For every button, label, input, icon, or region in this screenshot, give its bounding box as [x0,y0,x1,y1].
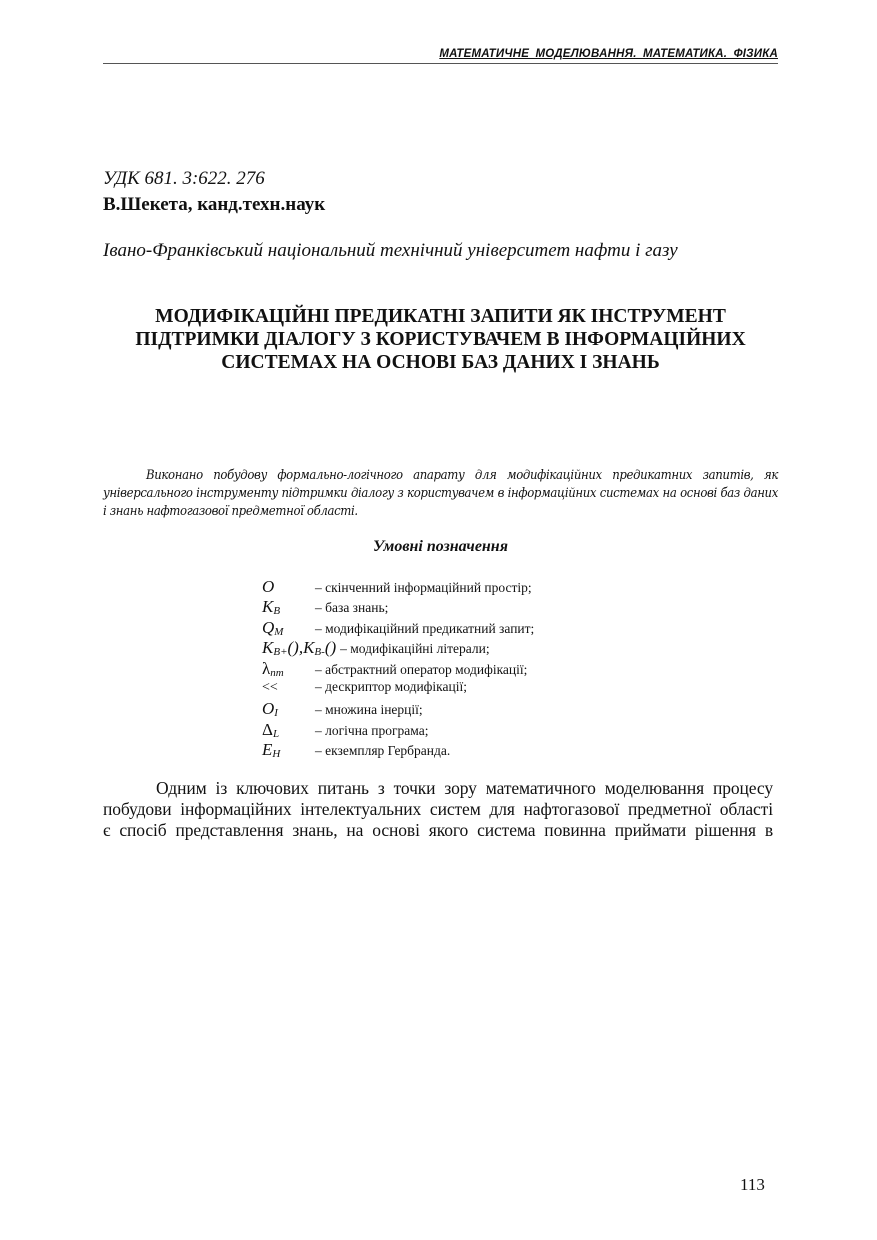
affiliation: Івано-Франківський національний технічни… [103,240,678,262]
notation-item: KB+(),KB-() – модифікаційні літерали; [262,638,534,658]
body-line: є спосіб представлення знань, на основі … [103,820,773,841]
title-line: ПІДТРИМКИ ДІАЛОГУ З КОРИСТУВАЧЕМ В ІНФОР… [103,328,778,351]
notation-symbol: λnm [262,659,315,679]
abstract: Виконано побудову формально-логічного ап… [103,467,778,521]
title-line: СИСТЕМАХ НА ОСНОВІ БАЗ ДАНИХ І ЗНАНЬ [103,351,778,374]
notation-description: – база знань; [315,600,388,616]
notation-symbol: KB+(),KB-() [262,638,336,658]
notation-item: QM – модифікаційний предикатний запит; [262,618,534,638]
body-line: побудови інформаційних інтелектуальних с… [103,799,773,820]
notation-item: OI – множина інерції; [262,699,534,719]
notation-symbol: << [262,680,315,696]
notation-description: – дескриптор модифікації; [315,679,467,695]
notation-symbol: EH [262,740,315,760]
notation-symbol: ΔL [262,720,315,740]
notation-description: – скінченний інформаційний простір; [315,580,532,596]
body-paragraph: Одним із ключових питань з точки зору ма… [103,778,773,841]
notation-description: – множина інерції; [315,702,423,718]
udk-code: УДК 681. 3:622. 276 [103,168,265,190]
notation-symbol: KB [262,597,315,617]
title-line: МОДИФІКАЦІЙНІ ПРЕДИКАТНІ ЗАПИТИ ЯК ІНСТР… [103,305,778,328]
notation-description: – логічна програма; [315,723,428,739]
notation-item: KB – база знань; [262,597,534,617]
notation-symbol: O [262,577,315,597]
notation-symbol: OI [262,699,315,719]
notation-item: << – дескриптор модифікації; [262,679,534,699]
notation-item: EH – екземпляр Гербранда. [262,740,534,760]
paper-title: МОДИФІКАЦІЙНІ ПРЕДИКАТНІ ЗАПИТИ ЯК ІНСТР… [103,305,778,374]
notation-description: – модифікаційні літерали; [340,641,489,657]
notation-item: ΔL – логічна програма; [262,720,534,740]
notation-item: λnm – абстрактний оператор модифікації; [262,659,534,679]
notation-symbol: QM [262,618,315,638]
body-line: Одним із ключових питань з точки зору ма… [103,778,773,799]
running-head: МАТЕМАТИЧНЕ МОДЕЛЮВАННЯ. МАТЕМАТИКА. ФІЗ… [103,47,778,64]
notation-description: – абстрактний оператор модифікації; [315,662,527,678]
notation-item: O – скінченний інформаційний простір; [262,577,534,597]
notation-heading: Умовні позначення [103,537,778,557]
page-number: 113 [740,1175,765,1195]
notation-description: – екземпляр Гербранда. [315,743,450,759]
author: В.Шекета, канд.техн.наук [103,194,325,216]
notation-list: O – скінченний інформаційний простір; KB… [262,577,534,761]
notation-description: – модифікаційний предикатний запит; [315,621,534,637]
